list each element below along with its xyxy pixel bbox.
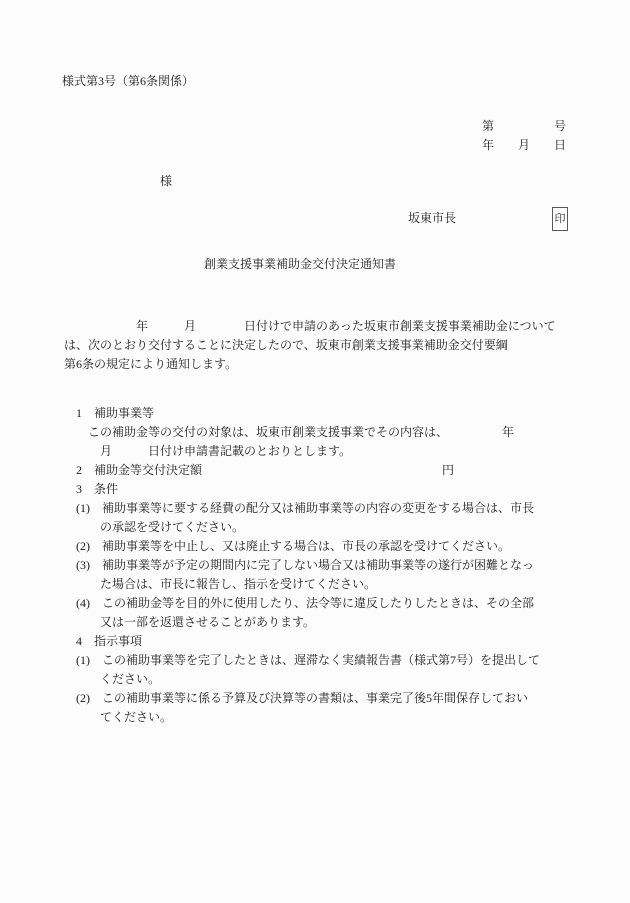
body-line: この補助金等の交付の対象は、坂東市創業支援事業でその内容は、 年 [64, 423, 540, 442]
seal-stamp-label: 印 [555, 214, 566, 225]
body-line-section-2: 2 補助金等交付決定額 円 [64, 461, 540, 480]
body-line-section-3: 3 条件 [64, 480, 540, 499]
body-line: (2) 補助事業等を中止し、又は廃止する場合は、市長の承認を受けてください。 [64, 537, 540, 556]
body-line: の承認を受けてください。 [64, 518, 540, 537]
issuer-name: 坂東市長 [408, 209, 456, 228]
body-line: (1) この補助事業等を完了したときは、遅滞なく実績報告書（様式第7号）を提出し… [64, 651, 540, 670]
intro-paragraph: 年 月 日付けで申請のあった坂東市創業支援事業補助金について は、次のとおり交付… [64, 317, 556, 374]
body-line: てください。 [64, 708, 540, 727]
document-page: 様式第3号（第6条関係） 第 号 年 月 日 様 坂東市長 印 創業支援事業補助… [0, 0, 630, 903]
body-line: ください。 [64, 670, 540, 689]
body-line-section-4: 4 指示事項 [64, 632, 540, 651]
intro-line: 第6条の規定により通知します。 [64, 355, 556, 374]
addressee-honorific: 様 [160, 172, 172, 191]
intro-line: は、次のとおり交付することに決定したので、坂東市創業支援事業補助金交付要綱 [64, 336, 556, 355]
body-line: た場合は、市長に報告し、指示を受けてください。 [64, 575, 540, 594]
seal-stamp: 印 [552, 207, 568, 231]
body-line: (4) この補助金等を目的外に使用したり、法令等に違反したりしたときは、その全部 [64, 594, 540, 613]
body-line: (3) 補助事業等が予定の期間内に完了しない場合又は補助事業等の遂行が困難となっ [64, 556, 540, 575]
body-text: 1 補助事業等 この補助金等の交付の対象は、坂東市創業支援事業でその内容は、 年… [64, 404, 540, 727]
body-line: 月 日付け申請書記載のとおりとします。 [64, 442, 540, 461]
body-line-section-1: 1 補助事業等 [64, 404, 540, 423]
body-line: 又は一部を返還させることがあります。 [64, 613, 540, 632]
body-line: (2) この補助事業等に係る予算及び決算等の書類は、事業完了後5年間保存しておい [64, 689, 540, 708]
document-title: 創業支援事業補助金交付決定通知書 [0, 255, 600, 274]
intro-line: 年 月 日付けで申請のあった坂東市創業支援事業補助金について [64, 317, 556, 336]
document-number-line: 第 号 [482, 117, 566, 136]
body-line: (1) 補助事業等に要する経費の配分又は補助事業等の内容の変更をする場合は、市長 [64, 499, 540, 518]
form-number: 様式第3号（第6条関係） [62, 72, 194, 91]
date-line: 年 月 日 [482, 136, 566, 155]
